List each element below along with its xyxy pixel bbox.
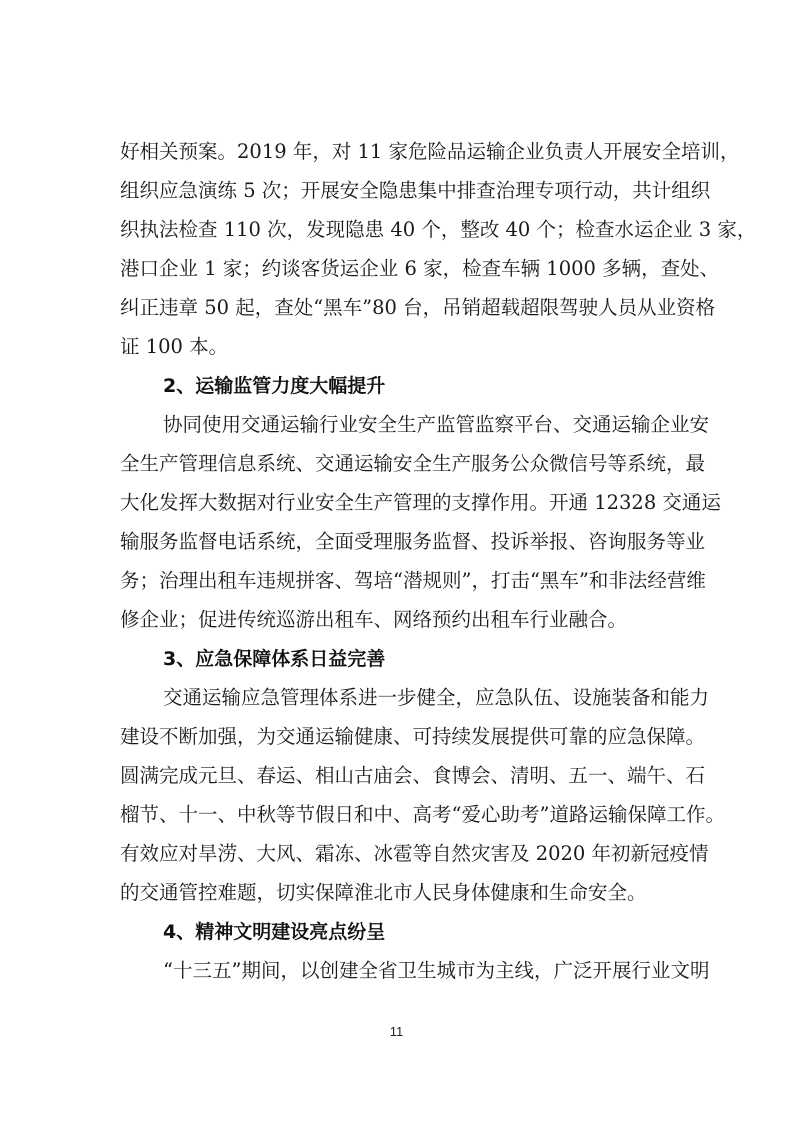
paragraph-line: 建设不断加强，为交通运输健康、可持续发展提供可靠的应急保障。 <box>120 725 674 749</box>
section-heading-2: 2、运输监管力度大幅提升 <box>163 374 385 398</box>
section-heading-4: 4、精神文明建设亮点纷呈 <box>163 920 385 944</box>
paragraph-line: “十三五”期间，以创建全省卫生城市为主线，广泛开展行业文明 <box>163 959 674 983</box>
paragraph-line: 的交通管控难题，切实保障淮北市人民身体健康和生命安全。 <box>120 881 674 905</box>
section-heading-3: 3、应急保障体系日益完善 <box>163 647 385 671</box>
paragraph-line: 圆满完成元旦、春运、相山古庙会、食博会、清明、五一、端午、石 <box>120 764 674 788</box>
paragraph-line: 大化发挥大数据对行业安全生产管理的支撑作用。开通 12328 交通运 <box>120 491 674 515</box>
paragraph-line: 务；治理出租车违规拼客、驾培“潜规则”，打击“黑车”和非法经营维 <box>120 569 674 593</box>
paragraph-line: 好相关预案。2019 年，对 11 家危险品运输企业负责人开展安全培训， <box>120 140 674 164</box>
paragraph-line: 纠正违章 50 起，查处“黑车”80 台，吊销超载超限驾驶人员从业资格 <box>120 296 674 320</box>
paragraph-line: 交通运输应急管理体系进一步健全，应急队伍、设施装备和能力 <box>163 686 674 710</box>
paragraph-line: 榴节、十一、中秋等节假日和中、高考“爱心助考”道路运输保障工作。 <box>120 803 674 827</box>
paragraph-line: 组织应急演练 5 次；开展安全隐患集中排查治理专项行动，共计组织 <box>120 179 674 203</box>
paragraph-line: 输服务监督电话系统，全面受理服务监督、投诉举报、咨询服务等业 <box>120 530 674 554</box>
paragraph-line: 证 100 本。 <box>120 335 674 359</box>
paragraph-line: 协同使用交通运输行业安全生产监管监察平台、交通运输企业安 <box>163 413 674 437</box>
paragraph-line: 织执法检查 110 次，发现隐患 40 个，整改 40 个；检查水运企业 3 家… <box>120 218 674 242</box>
document-page: 好相关预案。2019 年，对 11 家危险品运输企业负责人开展安全培训， 组织应… <box>0 0 793 1122</box>
paragraph-line: 全生产管理信息系统、交通运输安全生产服务公众微信号等系统，最 <box>120 452 674 476</box>
paragraph-line: 有效应对旱涝、大风、霜冻、冰雹等自然灾害及 2020 年初新冠疫情 <box>120 842 674 866</box>
paragraph-line: 修企业；促进传统巡游出租车、网络预约出租车行业融合。 <box>120 608 674 632</box>
paragraph-line: 港口企业 1 家；约谈客货运企业 6 家，检查车辆 1000 多辆，查处、 <box>120 257 674 281</box>
page-number: 11 <box>0 1024 793 1039</box>
